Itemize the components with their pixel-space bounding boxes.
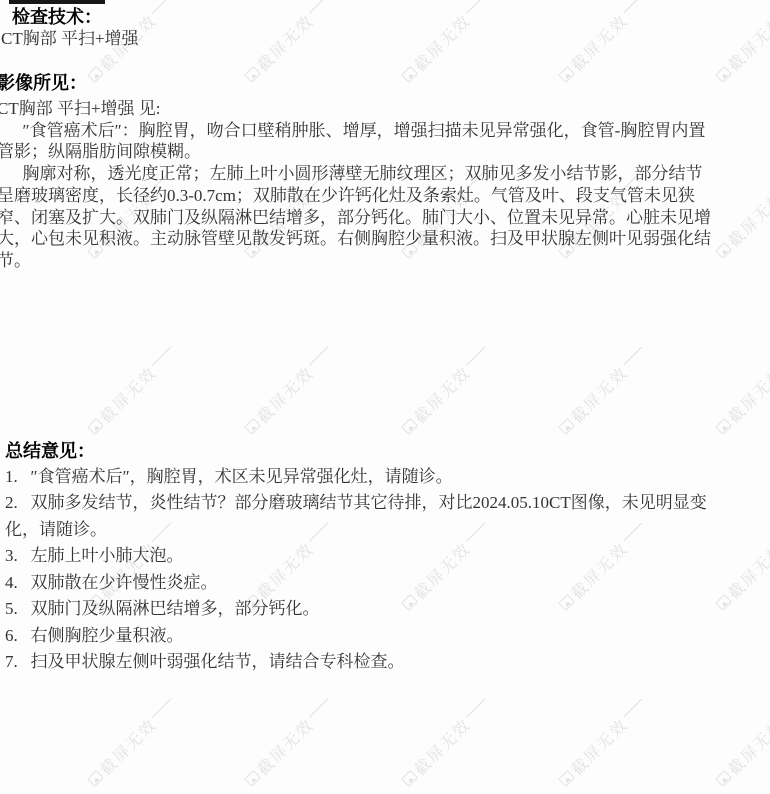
clipped-text-fragment	[9, 0, 105, 4]
watermark: 截屏无效	[711, 693, 770, 791]
text-line: 化，请随诊。	[5, 517, 770, 544]
watermark: 截屏无效	[554, 693, 652, 791]
text-line: 大，心包未见积液。主动脉管壁见散发钙斑。右侧胸腔少量积液。扫及甲状腺左侧叶见弱强…	[0, 228, 770, 250]
text-line: 管影；纵隔脂肪间隙模糊。	[0, 141, 770, 163]
watermark: 截屏无效	[397, 693, 495, 791]
text-line: 2. 双肺多发结节，炎性结节？部分磨玻璃结节其它待排，对比2024.05.10C…	[5, 490, 770, 517]
text-line: CT胸部 平扫+增强 见:	[0, 98, 770, 120]
watermark-text: 截屏无效	[565, 713, 632, 780]
screenshot-icon	[558, 770, 575, 787]
text-line: 3. 左肺上叶小肺大泡。	[5, 543, 770, 570]
text-line: 节。	[0, 250, 770, 272]
impression-lines: 1. ″食管癌术后″，胸腔胃，术区未见异常强化灶，请随诊。2. 双肺多发结节，炎…	[5, 464, 770, 676]
screenshot-icon	[244, 770, 261, 787]
screenshot-icon	[715, 770, 732, 787]
watermark: 截屏无效	[240, 693, 338, 791]
watermark-tail-line	[466, 699, 485, 718]
text-line: 1. ″食管癌术后″，胸腔胃，术区未见异常强化灶，请随诊。	[5, 464, 770, 491]
text-line: 7. 扫及甲状腺左侧叶弱强化结节，请结合专科检查。	[5, 649, 770, 676]
text-line: 胸廓对称，透光度正常；左肺上叶小圆形薄壁无肺纹理区；双肺见多发小结节影，部分结节	[0, 163, 770, 185]
text-line: 呈磨玻璃密度，长径约0.3-0.7cm；双肺散在少许钙化灶及条索灶。气管及叶、段…	[0, 185, 770, 207]
text-line: ″食管癌术后″：胸腔胃，吻合口壁稍肿胀、增厚，增强扫描未见异常强化，食管-胸腔胃…	[0, 120, 770, 142]
watermark-text: 截屏无效	[408, 713, 475, 780]
exam-technique-heading: 检查技术：	[12, 6, 770, 28]
watermark-text: 截屏无效	[94, 713, 161, 780]
text-line: 4. 双肺散在少许慢性炎症。	[5, 570, 770, 597]
watermark-text: 截屏无效	[722, 713, 770, 780]
ct-report-page: 截屏无效截屏无效截屏无效截屏无效截屏无效截屏无效截屏无效截屏无效截屏无效截屏无效…	[0, 0, 770, 794]
screenshot-icon	[87, 770, 104, 787]
section-exam-technique: 检查技术： CT胸部 平扫+增强	[0, 6, 770, 50]
report-content: 检查技术： CT胸部 平扫+增强 影像所见： CT胸部 平扫+增强 见: ″食管…	[0, 0, 770, 676]
imaging-findings-lines: CT胸部 平扫+增强 见: ″食管癌术后″：胸腔胃，吻合口壁稍肿胀、增厚，增强扫…	[0, 98, 770, 272]
section-imaging-findings: 影像所见： CT胸部 平扫+增强 见: ″食管癌术后″：胸腔胃，吻合口壁稍肿胀、…	[0, 72, 770, 272]
watermark-tail-line	[309, 699, 328, 718]
text-line: CT胸部 平扫+增强	[1, 28, 770, 50]
impression-heading: 总结意见：	[5, 440, 770, 462]
section-impression: 总结意见： 1. ″食管癌术后″，胸腔胃，术区未见异常强化灶，请随诊。2. 双肺…	[5, 440, 770, 676]
exam-technique-lines: CT胸部 平扫+增强	[0, 28, 770, 50]
text-line: 6. 右侧胸腔少量积液。	[5, 623, 770, 650]
watermark-text: 截屏无效	[251, 713, 318, 780]
watermark-tail-line	[623, 699, 642, 718]
screenshot-icon	[401, 770, 418, 787]
text-line: 5. 双肺门及纵隔淋巴结增多，部分钙化。	[5, 596, 770, 623]
text-line: 窄、闭塞及扩大。双肺门及纵隔淋巴结增多，部分钙化。肺门大小、位置未见异常。心脏未…	[0, 207, 770, 229]
watermark-tail-line	[152, 699, 171, 718]
imaging-findings-heading: 影像所见：	[0, 72, 770, 94]
watermark: 截屏无效	[83, 693, 181, 791]
